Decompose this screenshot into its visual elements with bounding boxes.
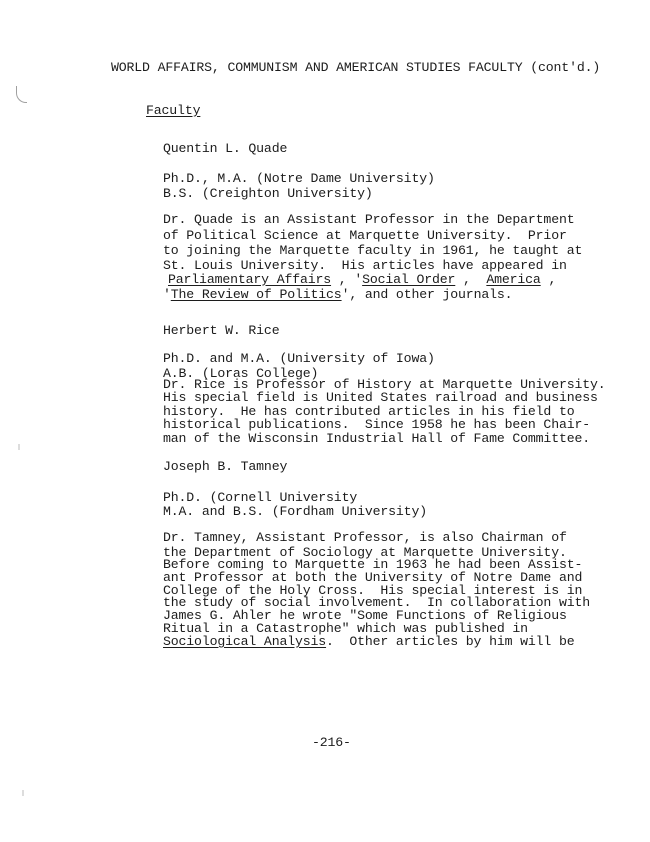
faculty-degree: M.A. and B.S. (Fordham University) (163, 504, 427, 520)
document-page: WORLD AFFAIRS, COMMUNISM AND AMERICAN ST… (0, 0, 650, 842)
faculty-bio-line: Dr. Tamney, Assistant Professor, is also… (163, 530, 567, 546)
page-number: -216- (312, 735, 351, 751)
faculty-degree: B.S. (Creighton University) (163, 186, 373, 202)
publications-line: 'The Review of Politics', and other jour… (163, 287, 512, 303)
faculty-name: Joseph B. Tamney (163, 459, 287, 475)
publication-title: America (486, 272, 540, 287)
faculty-degree: Ph.D., M.A. (Notre Dame University) (163, 171, 435, 187)
faculty-bio-tail: , and other journals. (349, 287, 512, 302)
publication-title: Social Order (362, 272, 455, 287)
section-heading: Faculty (146, 103, 200, 119)
publications-line: Parliamentary Affairs , 'Social Order , … (168, 272, 556, 288)
publication-title: Parliamentary Affairs (168, 272, 331, 287)
faculty-bio-line: Dr. Quade is an Assistant Professor in t… (163, 212, 574, 228)
journal-title: Sociological Analysis (163, 634, 326, 649)
faculty-bio-line: to joining the Marquette faculty in 1961… (163, 243, 582, 259)
publication-title: The Review of Politics (171, 287, 342, 302)
page-header-title: WORLD AFFAIRS, COMMUNISM AND AMERICAN ST… (111, 60, 600, 76)
faculty-name: Quentin L. Quade (163, 141, 287, 157)
margin-speck (22, 790, 24, 796)
faculty-bio-line: man of the Wisconsin Industrial Hall of … (163, 431, 590, 447)
faculty-bio-line: of Political Science at Marquette Univer… (163, 228, 567, 244)
faculty-degree: Ph.D. and M.A. (University of Iowa) (163, 351, 435, 367)
faculty-bio-line: Sociological Analysis. Other articles by… (163, 634, 575, 650)
margin-mark (16, 86, 27, 103)
faculty-name: Herbert W. Rice (163, 323, 279, 339)
margin-speck (18, 444, 20, 450)
faculty-bio-tail: . Other articles by him will be (326, 634, 574, 649)
